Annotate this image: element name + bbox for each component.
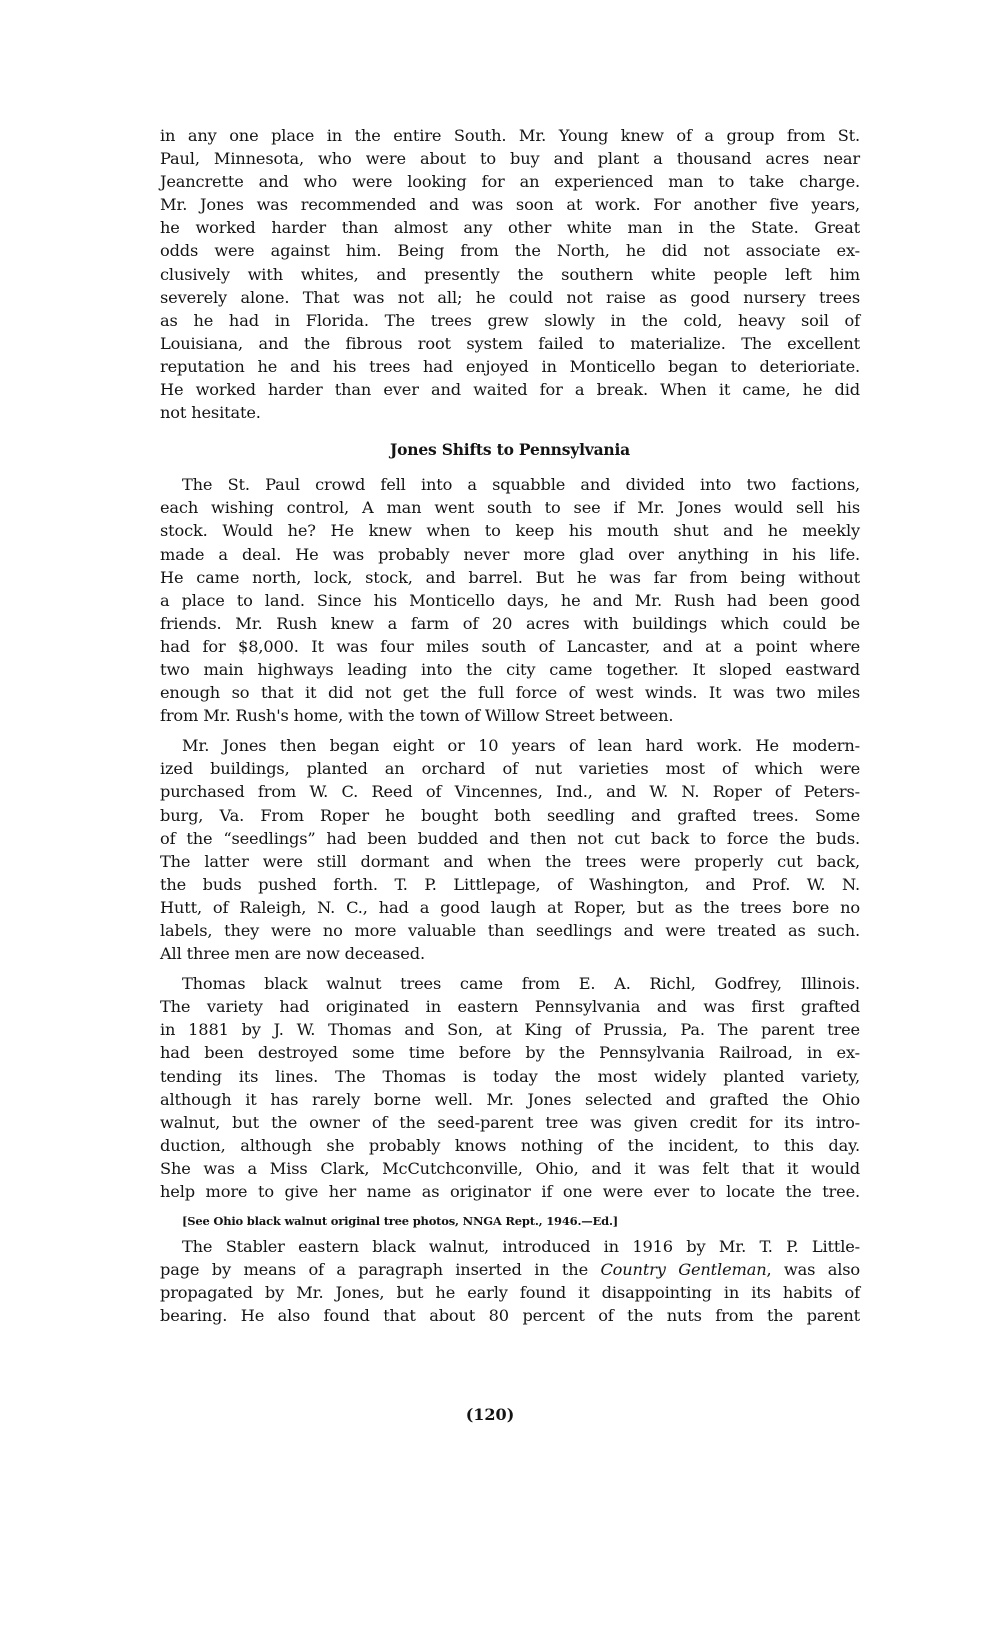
paragraph-thomas-walnut: Thomas black walnut trees came from E. A… <box>160 972 860 1203</box>
text-line: tending its lines. The Thomas is today t… <box>160 1065 860 1088</box>
text-line: of the “seedlings” had been budded and t… <box>160 827 860 850</box>
text-line: reputation he and his trees had enjoyed … <box>160 355 860 378</box>
text-line: The latter were still dormant and when t… <box>160 850 860 873</box>
text-line: The Stabler eastern black walnut, introd… <box>160 1235 860 1258</box>
text-line: Hutt, of Raleigh, N. C., had a good laug… <box>160 896 860 919</box>
text-line: ized buildings, planted an orchard of nu… <box>160 757 860 780</box>
section-heading: Jones Shifts to Pennsylvania <box>160 438 860 461</box>
text-line: Jeancrette and who were looking for an e… <box>160 170 860 193</box>
text-line: not hesitate. <box>160 401 860 424</box>
text-line: The variety had originated in eastern Pe… <box>160 995 860 1018</box>
text-line: odds were against him. Being from the No… <box>160 239 860 262</box>
text-line: Louisiana, and the fibrous root system f… <box>160 332 860 355</box>
text-line: two main highways leading into the city … <box>160 658 860 681</box>
text-line: Mr. Jones then began eight or 10 years o… <box>160 734 860 757</box>
text-line: Mr. Jones was recommended and was soon a… <box>160 193 860 216</box>
text-line: severely alone. That was not all; he cou… <box>160 286 860 309</box>
text-line: each wishing control, A man went south t… <box>160 496 860 519</box>
document-page: in any one place in the entire South. Mr… <box>160 124 860 1328</box>
text-line: All three men are now deceased. <box>160 942 860 965</box>
text-line: had been destroyed some time before by t… <box>160 1041 860 1064</box>
text-line: duction, although she probably knows not… <box>160 1134 860 1157</box>
text-line: the buds pushed forth. T. P. Littlepage,… <box>160 873 860 896</box>
paragraph-stabler-walnut: The Stabler eastern black walnut, introd… <box>160 1235 860 1327</box>
text-line: as he had in Florida. The trees grew slo… <box>160 309 860 332</box>
text-line: enough so that it did not get the full f… <box>160 681 860 704</box>
text-line: She was a Miss Clark, McCutchconville, O… <box>160 1157 860 1180</box>
text-segment: , was also <box>766 1260 860 1279</box>
text-line: although it has rarely borne well. Mr. J… <box>160 1088 860 1111</box>
text-line: He came north, lock, stock, and barrel. … <box>160 566 860 589</box>
text-line: friends. Mr. Rush knew a farm of 20 acre… <box>160 612 860 635</box>
text-line: made a deal. He was probably never more … <box>160 543 860 566</box>
publication-title: Country Gentleman <box>600 1260 766 1279</box>
text-line-with-italic: page by means of a paragraph inserted in… <box>160 1258 860 1281</box>
text-line: propagated by Mr. Jones, but he early fo… <box>160 1281 860 1304</box>
text-line: had for $8,000. It was four miles south … <box>160 635 860 658</box>
text-line: in 1881 by J. W. Thomas and Son, at King… <box>160 1018 860 1041</box>
text-line: walnut, but the owner of the seed-parent… <box>160 1111 860 1134</box>
text-line: stock. Would he? He knew when to keep hi… <box>160 519 860 542</box>
page-number: (120) <box>0 1405 990 1424</box>
text-line: a place to land. Since his Monticello da… <box>160 589 860 612</box>
paragraph-lean-years: Mr. Jones then began eight or 10 years o… <box>160 734 860 965</box>
text-line: from Mr. Rush's home, with the town of W… <box>160 704 860 727</box>
text-line: He worked harder than ever and waited fo… <box>160 378 860 401</box>
text-line: he worked harder than almost any other w… <box>160 216 860 239</box>
intro-paragraph: in any one place in the entire South. Mr… <box>160 124 860 424</box>
text-line: Paul, Minnesota, who were about to buy a… <box>160 147 860 170</box>
paragraph-st-paul: The St. Paul crowd fell into a squabble … <box>160 473 860 727</box>
text-line: help more to give her name as originator… <box>160 1180 860 1203</box>
text-line: purchased from W. C. Reed of Vincennes, … <box>160 780 860 803</box>
text-line: clusively with whites, and presently the… <box>160 263 860 286</box>
text-segment: page by means of a paragraph inserted in… <box>160 1260 600 1279</box>
text-line: Thomas black walnut trees came from E. A… <box>160 972 860 995</box>
text-line: bearing. He also found that about 80 per… <box>160 1304 860 1327</box>
text-line: burg, Va. From Roper he bought both seed… <box>160 804 860 827</box>
editor-note: [See Ohio black walnut original tree pho… <box>160 1213 860 1229</box>
text-line: labels, they were no more valuable than … <box>160 919 860 942</box>
text-line: in any one place in the entire South. Mr… <box>160 124 860 147</box>
text-line: The St. Paul crowd fell into a squabble … <box>160 473 860 496</box>
